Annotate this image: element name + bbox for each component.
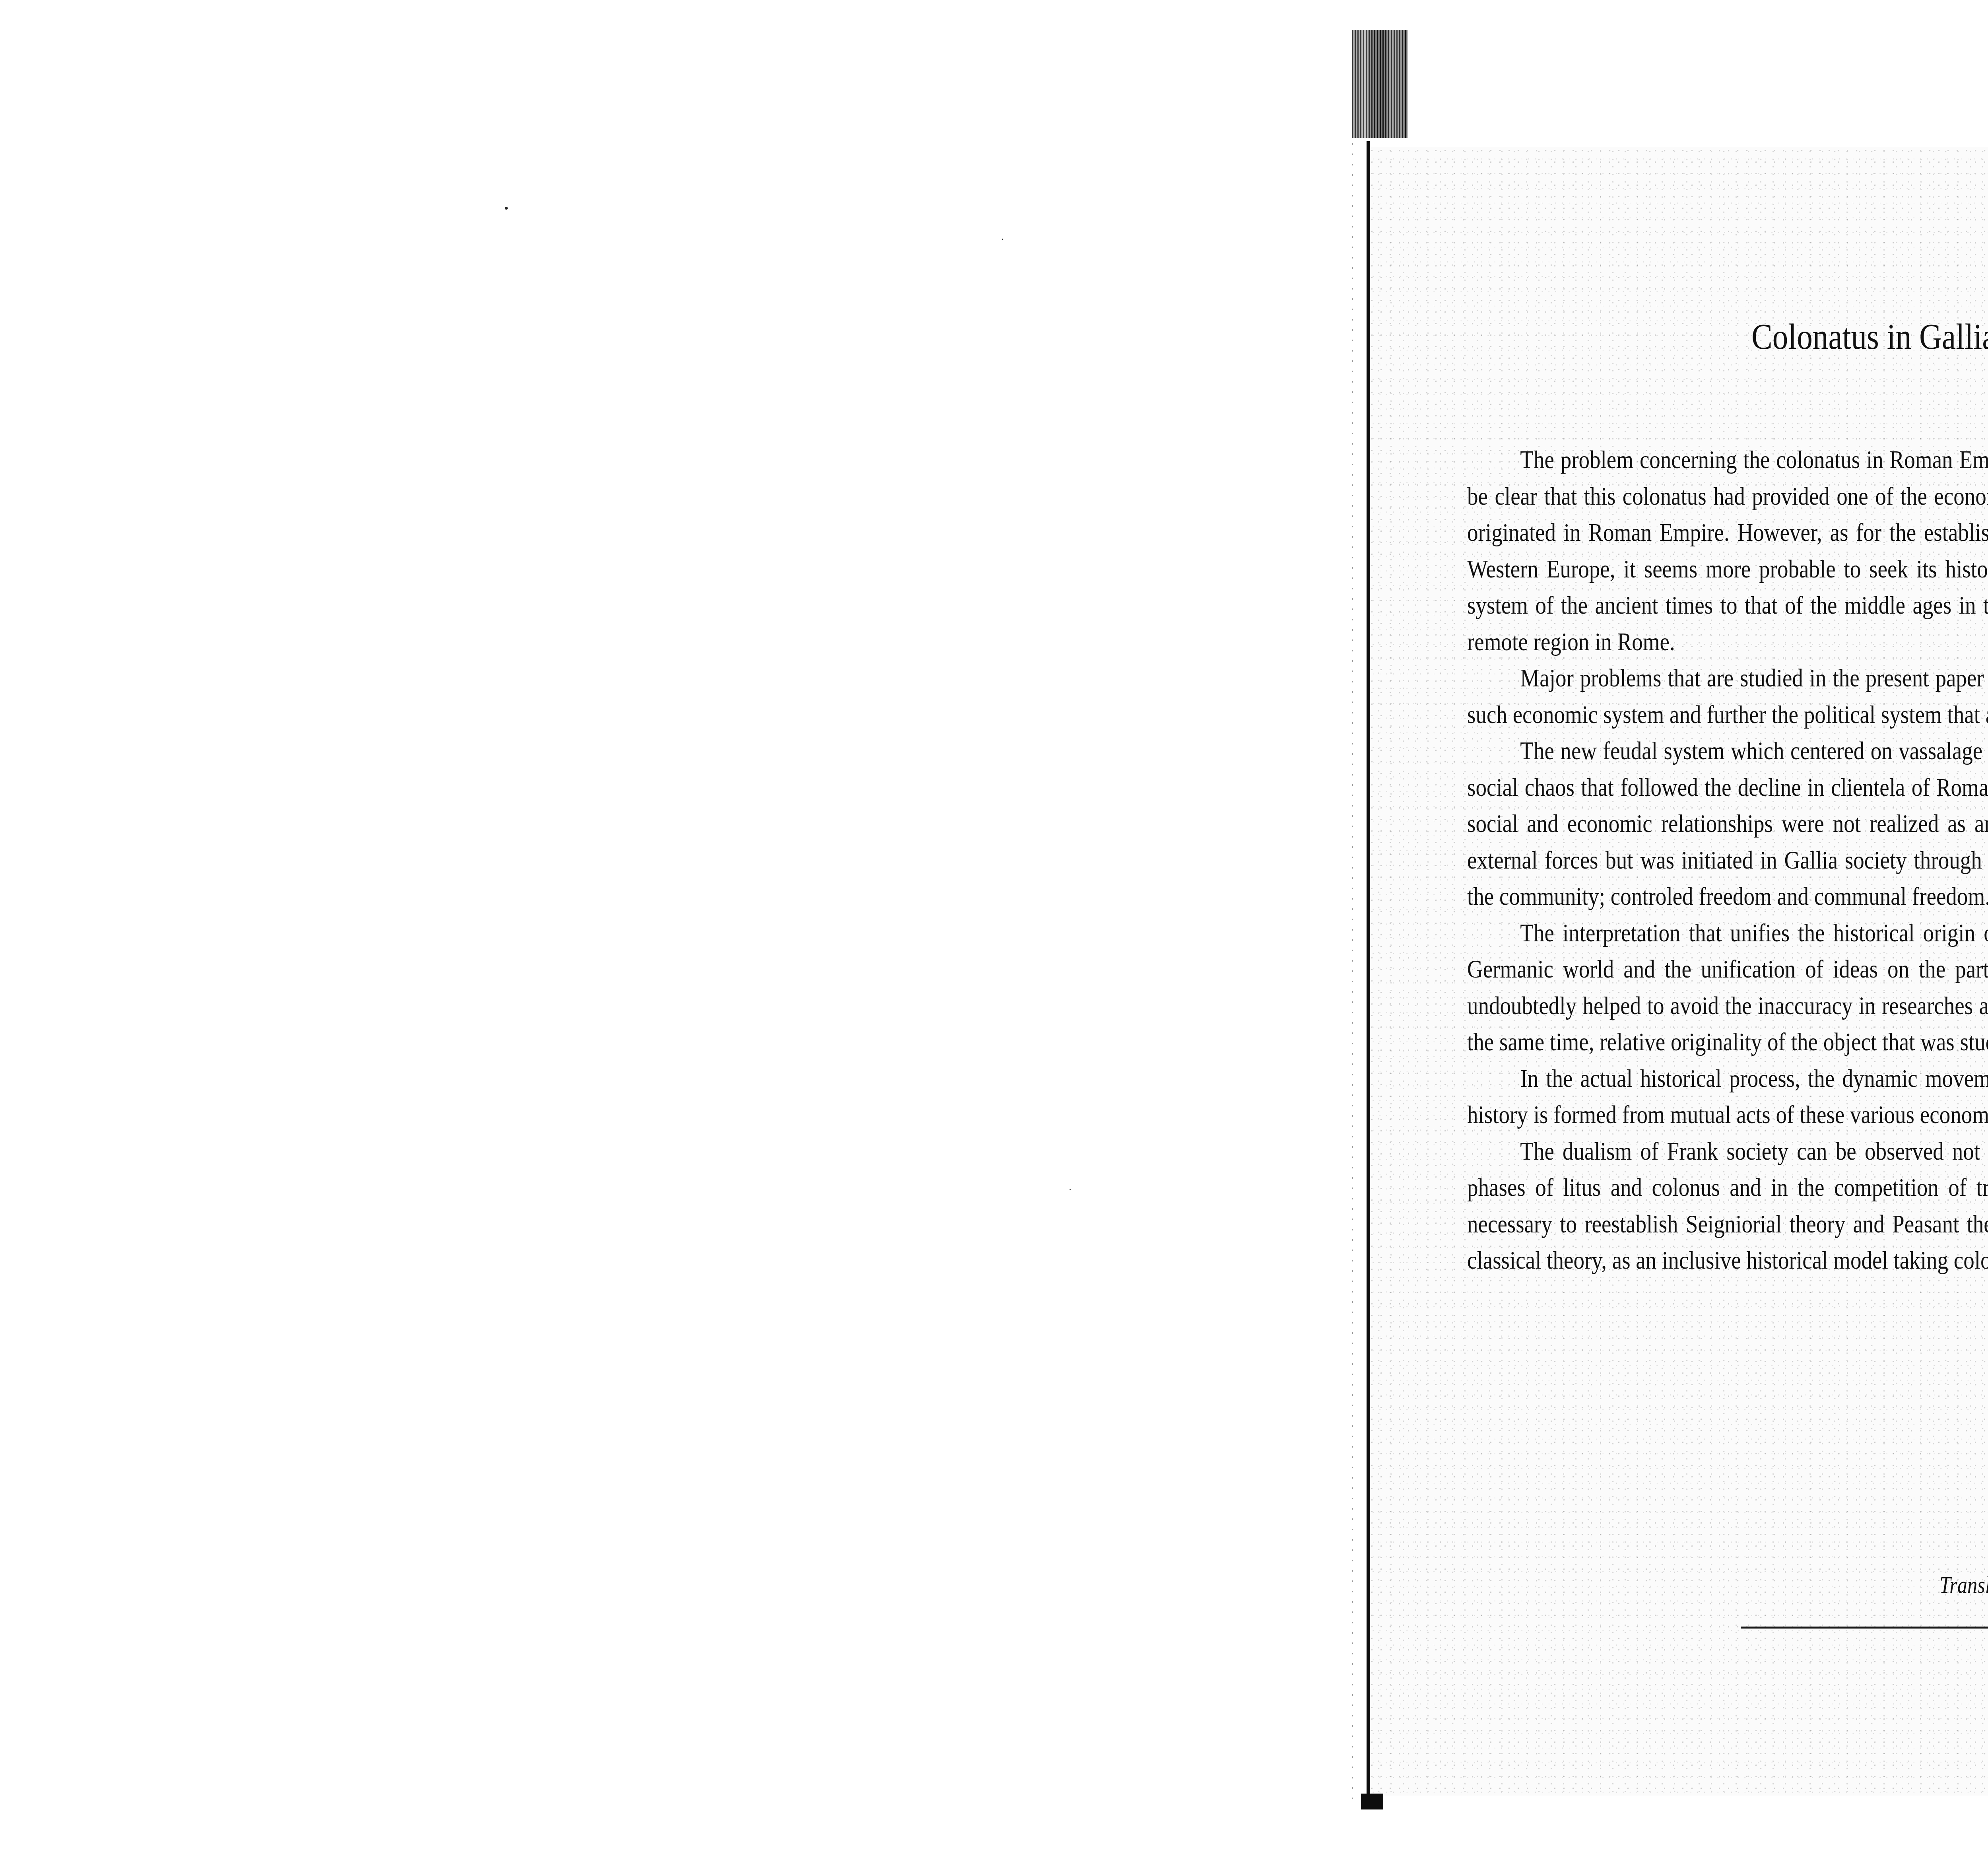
paragraph: The problem concerning the colonatus in …	[1467, 441, 1988, 660]
paragraph: The interpretation that unifies the hist…	[1467, 915, 1988, 1060]
binding-spine-block	[1352, 30, 1408, 138]
paragraph: In the actual historical process, the dy…	[1467, 1060, 1988, 1133]
article-title: Colonatus in Gallia	[1751, 318, 1988, 355]
translator-credit: Translated by Yoko Kawashima	[1939, 1573, 1988, 1597]
paragraph: The dualism of Frank society can be obse…	[1467, 1133, 1988, 1279]
blank-facing-page	[0, 0, 1348, 1858]
paragraph: Major problems that are studied in the p…	[1467, 660, 1988, 733]
scan-speck	[1070, 1189, 1071, 1190]
article-body: The problem concerning the colonatus in …	[1467, 441, 1988, 1279]
binding-foot-mark	[1361, 1794, 1383, 1809]
gutter-shadow	[1352, 143, 1353, 1806]
binding-edge-line	[1367, 141, 1370, 1802]
paragraph: The new feudal system which centered on …	[1467, 733, 1988, 915]
scan-speck	[1002, 239, 1003, 240]
end-rule	[1741, 1627, 1988, 1629]
scan-speck	[505, 207, 508, 210]
